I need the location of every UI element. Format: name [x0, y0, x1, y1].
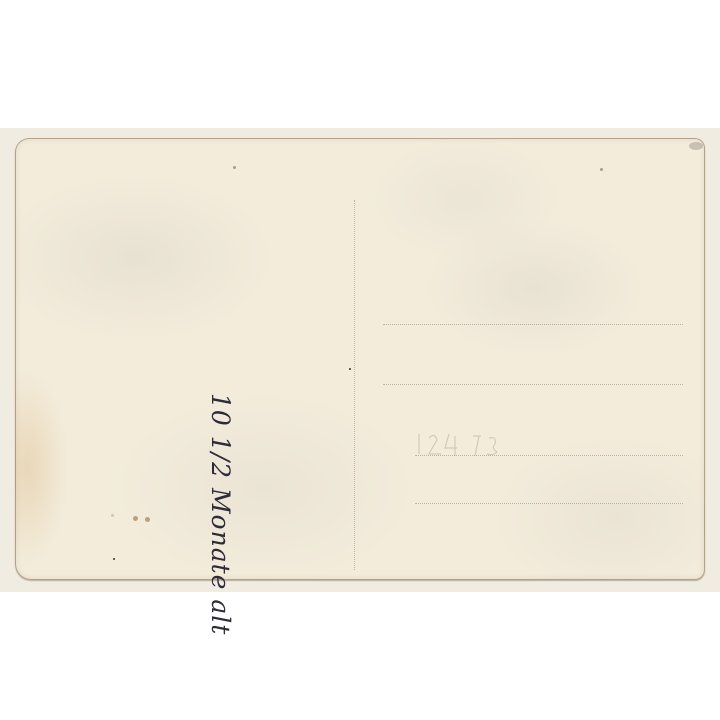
postcard-center-divider: [354, 200, 355, 570]
foxing-spot: [133, 516, 138, 521]
foxing-spot: [113, 558, 115, 560]
foxing-spot: [349, 368, 351, 370]
postcard-back: 10 1/2 Monate alt: [15, 138, 705, 580]
foxing-spot: [145, 517, 150, 522]
address-line: [383, 384, 683, 385]
faint-pencil-marks: [415, 430, 505, 456]
handwritten-note: 10 1/2 Monate alt: [206, 393, 235, 635]
foxing-spot: [600, 168, 603, 171]
address-line: [383, 324, 683, 325]
foxing-spot: [111, 514, 114, 517]
foxing-spot: [233, 166, 236, 169]
corner-wear: [689, 142, 703, 150]
address-line: [415, 503, 683, 504]
